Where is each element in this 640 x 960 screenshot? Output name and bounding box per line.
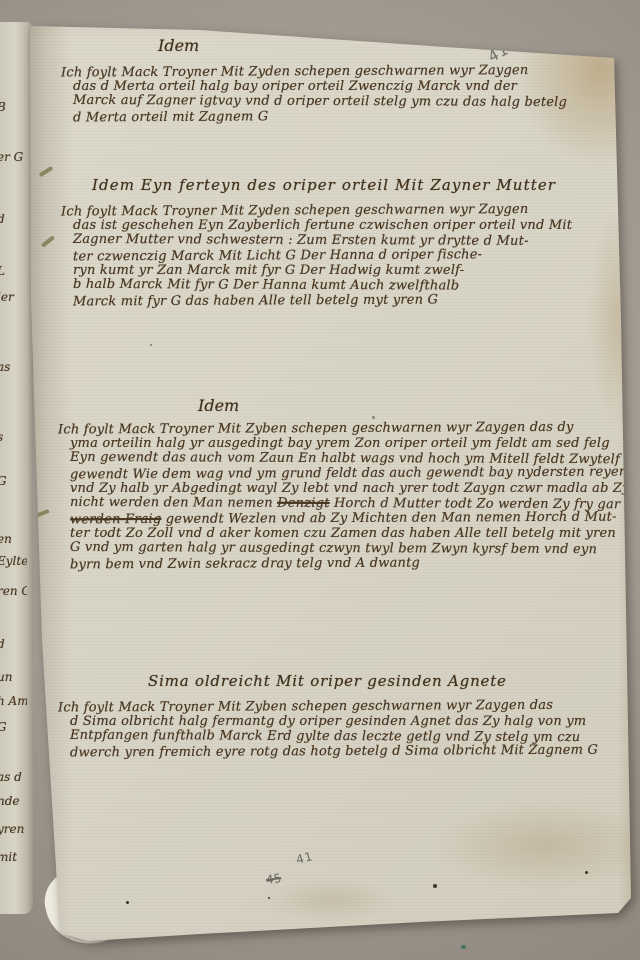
background-speck <box>461 945 466 949</box>
manuscript-text-line: Marck mit fyr G das haben Alle tell bete… <box>58 292 623 310</box>
manuscript-text-line: Ich foylt Mack Troyner Mit Zyben schepen… <box>55 698 620 716</box>
entry-text-block: Ich foylt Mack Troyner Mit Zyben schepen… <box>55 699 620 759</box>
crossed-out-text: Denzigt <box>277 496 330 511</box>
manuscript-page: 41 Idem Ich foylt Mack Troyner Mit Zyden… <box>0 0 640 960</box>
entry-heading: Sima oldreicht Mit oriper gesinden Agnet… <box>148 672 507 690</box>
entry-text-block: Ich foylt Mack Troyner Mit Zyden schepen… <box>58 64 623 124</box>
manuscript-text-line: das d Merta orteil halg bay oriper ortei… <box>58 79 623 94</box>
binding-thread <box>39 166 54 177</box>
manuscript-text-line: das ist geschehen Eyn Zayberlich fertune… <box>58 218 623 233</box>
entry-heading: Idem <box>158 36 199 55</box>
manuscript-text-line: gewendt Wie dem wag vnd ym grund feldt d… <box>55 465 620 483</box>
ink-speck <box>433 884 437 888</box>
manuscript-text-line: ryn kumt yr Zan Marck mit fyr G Der Hadw… <box>58 263 623 278</box>
manuscript-text-line: Ich foylt Mack Troyner Mit Zyden schepen… <box>58 202 623 220</box>
entry-heading: Idem <box>198 396 239 415</box>
manuscript-text-line: ter czwenczig Marck Mit Licht G Der Hann… <box>58 247 623 265</box>
manuscript-text-line: Ich foylt Mack Troyner Mit Zyben schepen… <box>55 420 620 438</box>
ink-speck <box>585 871 588 874</box>
ink-speck <box>268 897 270 899</box>
ink-speck <box>150 344 152 346</box>
manuscript-text-line: ter todt Zo Zoll vnd d aker komen czu Za… <box>55 526 620 541</box>
manuscript-text-line: byrn bem vnd Zwin sekracz dray telg vnd … <box>55 555 620 573</box>
photograph-background: Ber GdLlerassGenEylteren Gdunh AmGas dnd… <box>0 0 640 960</box>
entry-heading: Idem Eyn ferteyn des oriper orteil Mit Z… <box>92 176 556 194</box>
crossed-out-text: werden Fraig <box>70 512 161 527</box>
pencil-foliation-bottom: 41 <box>295 849 315 867</box>
manuscript-text-line: d Merta orteil mit Zagnem G <box>58 108 623 126</box>
manuscript-text-line: Ich foylt Mack Troyner Mit Zyden schepen… <box>58 63 623 81</box>
paper-surface: 41 Idem Ich foylt Mack Troyner Mit Zyden… <box>0 0 640 960</box>
entry-text-block: Ich foylt Mack Troyner Mit Zyben schepen… <box>55 421 620 571</box>
pencil-foliation-crossed-out: 45 <box>265 871 282 887</box>
manuscript-text-line: vnd Zy halb yr Abgedingt wayl Zy lebt vn… <box>55 481 620 496</box>
binding-thread <box>34 509 49 518</box>
ink-speck <box>126 901 129 904</box>
manuscript-text-line: d Sima olbricht halg fermantg dy oriper … <box>55 714 620 729</box>
manuscript-text-line: yma orteilin halg yr ausgedingt bay yrem… <box>55 436 620 451</box>
folio-number-pencil: 41 <box>485 40 512 66</box>
manuscript-text-line: dwerch yren fremich eyre rotg das hotg b… <box>55 743 620 761</box>
ink-speck <box>372 416 375 419</box>
binding-thread <box>41 235 55 247</box>
manuscript-text-line: werden Fraig gewendt Wezlen vnd ab Zy Mi… <box>55 510 620 528</box>
entry-text-block: Ich foylt Mack Troyner Mit Zyden schepen… <box>58 203 623 308</box>
